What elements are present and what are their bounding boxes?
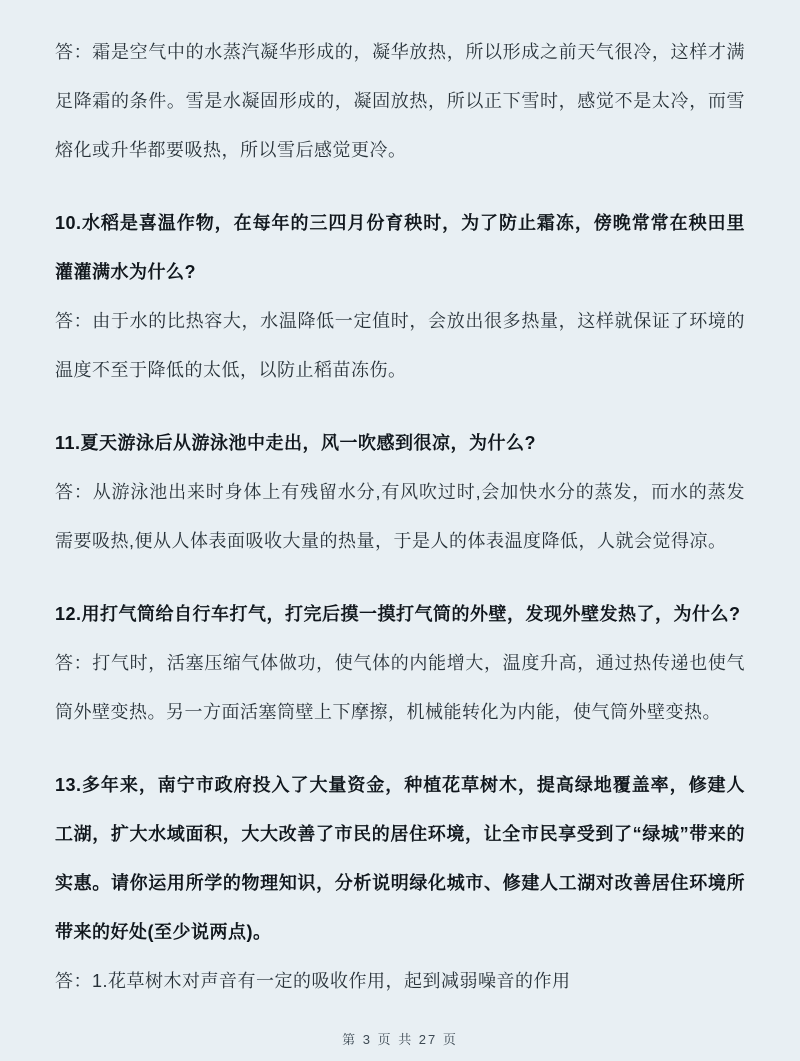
document-body: 答：霜是空气中的水蒸汽凝华形成的，凝华放热，所以形成之前天气很冷，这样才满足降霜… (0, 0, 800, 1006)
answer-11: 答：从游泳池出来时身体上有残留水分,有风吹过时,会加快水分的蒸发，而水的蒸发需要… (55, 468, 745, 566)
answer-12: 答：打气时，活塞压缩气体做功，使气体的内能增大，温度升高，通过热传递也使气筒外壁… (55, 639, 745, 737)
question-10: 10.水稻是喜温作物，在每年的三四月份育秧时，为了防止霜冻，傍晚常常在秧田里灌灌… (55, 199, 745, 297)
answer-paragraph-q9-continued: 答：霜是空气中的水蒸汽凝华形成的，凝华放热，所以形成之前天气很冷，这样才满足降霜… (55, 28, 745, 175)
document-page: 答：霜是空气中的水蒸汽凝华形成的，凝华放热，所以形成之前天气很冷，这样才满足降霜… (0, 0, 800, 1061)
question-13: 13.多年来，南宁市政府投入了大量资金，种植花草树木，提高绿地覆盖率，修建人工湖… (55, 761, 745, 957)
answer-10: 答：由于水的比热容大，水温降低一定值时，会放出很多热量，这样就保证了环境的温度不… (55, 297, 745, 395)
question-11: 11.夏天游泳后从游泳池中走出，风一吹感到很凉，为什么? (55, 419, 745, 468)
page-footer: 第 3 页 共 27 页 (0, 1029, 800, 1048)
page-number-label: 第 3 页 共 27 页 (342, 1032, 458, 1047)
question-12: 12.用打气筒给自行车打气，打完后摸一摸打气筒的外壁，发现外壁发热了，为什么? (55, 590, 745, 639)
answer-13: 答：1.花草树木对声音有一定的吸收作用，起到减弱噪音的作用 (55, 957, 745, 1006)
